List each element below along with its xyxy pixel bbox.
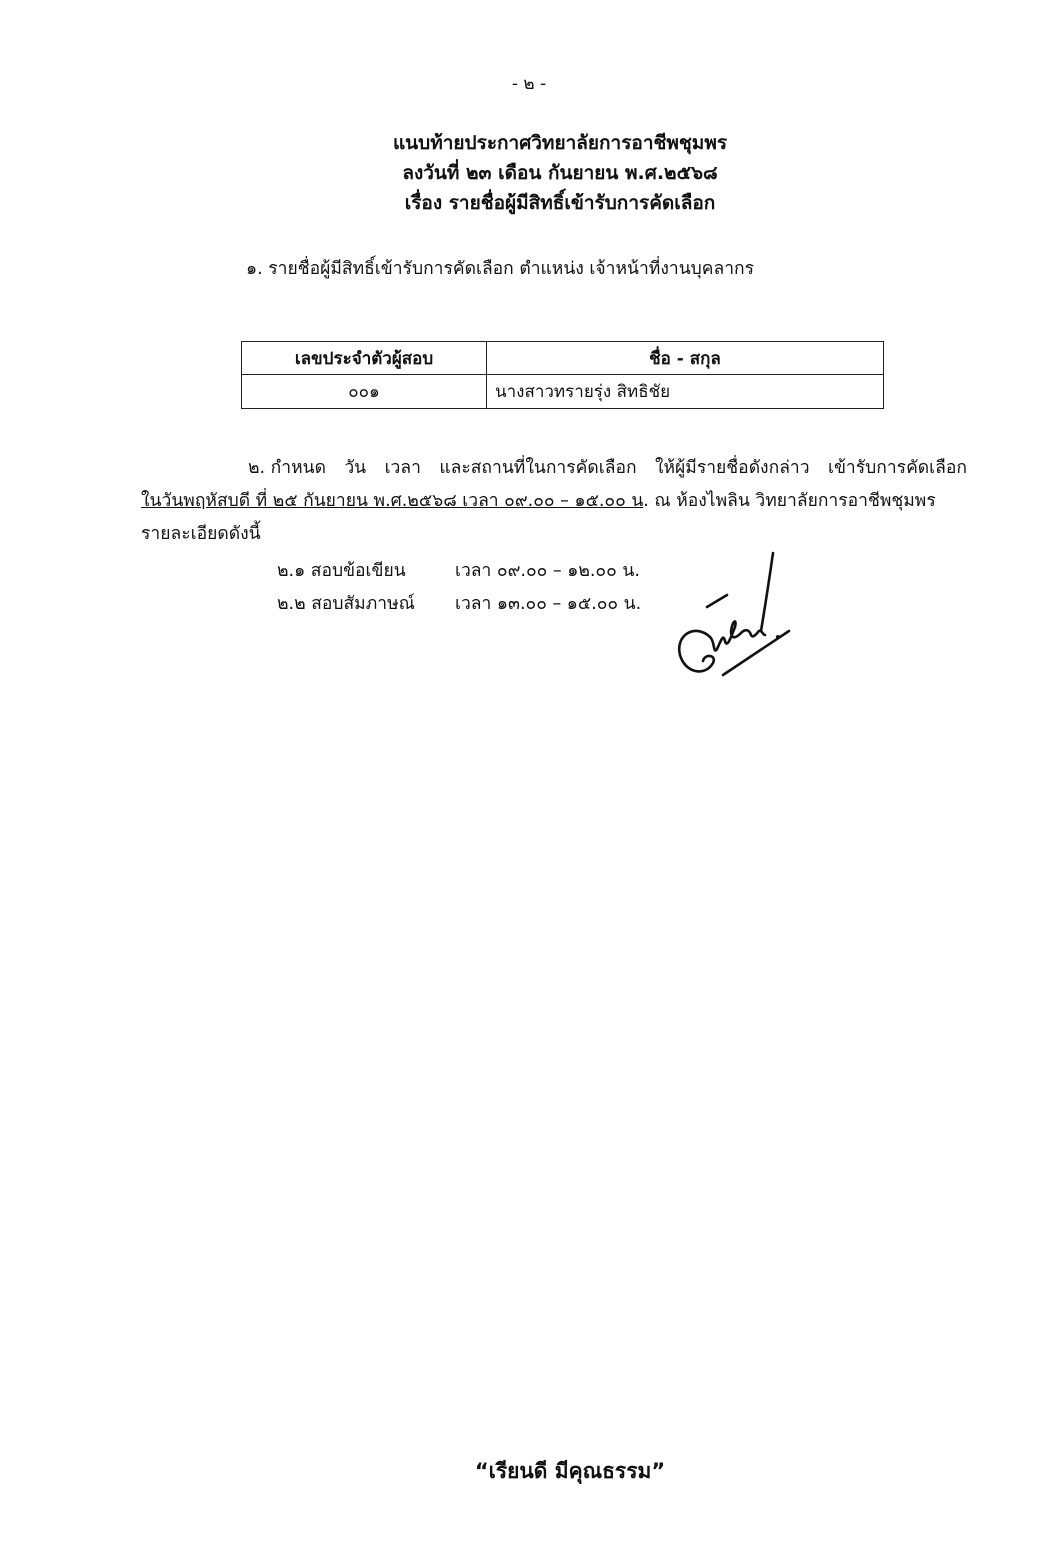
- header-full-name: ชื่อ - สกุล: [487, 342, 884, 375]
- document-heading: แนบท้ายประกาศวิทยาลัยการอาชีพชุมพร ลงวัน…: [0, 128, 1058, 218]
- section-2-paragraph: ๒. กำหนด วัน เวลา และสถานที่ในการคัดเลือ…: [141, 452, 967, 551]
- candidates-table: เลขประจำตัวผู้สอบ ชื่อ - สกุล ๐๐๑ นางสาว…: [241, 341, 884, 409]
- section-2-line-1: ๒. กำหนด วัน เวลา และสถานที่ในการคัดเลือ…: [141, 452, 967, 485]
- signature-icon: [665, 545, 805, 695]
- header-exam-id: เลขประจำตัวผู้สอบ: [242, 342, 487, 375]
- schedule-item: ๒.๑ สอบข้อเขียน เวลา ๐๙.๐๐ – ๑๒.๐๐ น.: [277, 555, 641, 588]
- section-2-line-2: ในวันพฤหัสบดี ที่ ๒๕ กันยายน พ.ศ.๒๕๖๘ เว…: [141, 485, 967, 518]
- page-number: - ๒ -: [0, 70, 1058, 97]
- cell-full-name: นางสาวทรายรุ่ง สิทธิชัย: [487, 375, 884, 409]
- heading-subject: เรื่อง รายชื่อผู้มีสิทธิ์เข้ารับการคัดเล…: [0, 188, 1058, 218]
- schedule-item-label: ๒.๑ สอบข้อเขียน: [277, 555, 455, 588]
- table-row: ๐๐๑ นางสาวทรายรุ่ง สิทธิชัย: [242, 375, 884, 409]
- schedule-item-time: เวลา ๐๙.๐๐ – ๑๒.๐๐ น.: [455, 555, 640, 588]
- motto: “เรียนดี มีคุณธรรม”: [0, 1455, 1058, 1488]
- exam-schedule: ๒.๑ สอบข้อเขียน เวลา ๐๙.๐๐ – ๑๒.๐๐ น. ๒.…: [277, 555, 641, 621]
- schedule-item-time: เวลา ๑๓.๐๐ – ๑๕.๐๐ น.: [455, 588, 641, 621]
- exam-date-time: ในวันพฤหัสบดี ที่ ๒๕ กันยายน พ.ศ.๒๕๖๘ เว…: [141, 491, 643, 511]
- heading-date: ลงวันที่ ๒๓ เดือน กันยายน พ.ศ.๒๕๖๘: [0, 158, 1058, 188]
- schedule-item-label: ๒.๒ สอบสัมภาษณ์: [277, 588, 455, 621]
- heading-title: แนบท้ายประกาศวิทยาลัยการอาชีพชุมพร: [0, 128, 1058, 158]
- section-2-line-3: รายละเอียดดังนี้: [141, 518, 967, 551]
- table-header-row: เลขประจำตัวผู้สอบ ชื่อ - สกุล: [242, 342, 884, 375]
- exam-location: . ณ ห้องไพลิน วิทยาลัยการอาชีพชุมพร: [643, 491, 935, 511]
- section-1-title: ๑. รายชื่อผู้มีสิทธิ์เข้ารับการคัดเลือก …: [246, 254, 754, 282]
- cell-exam-id: ๐๐๑: [242, 375, 487, 409]
- schedule-item: ๒.๒ สอบสัมภาษณ์ เวลา ๑๓.๐๐ – ๑๕.๐๐ น.: [277, 588, 641, 621]
